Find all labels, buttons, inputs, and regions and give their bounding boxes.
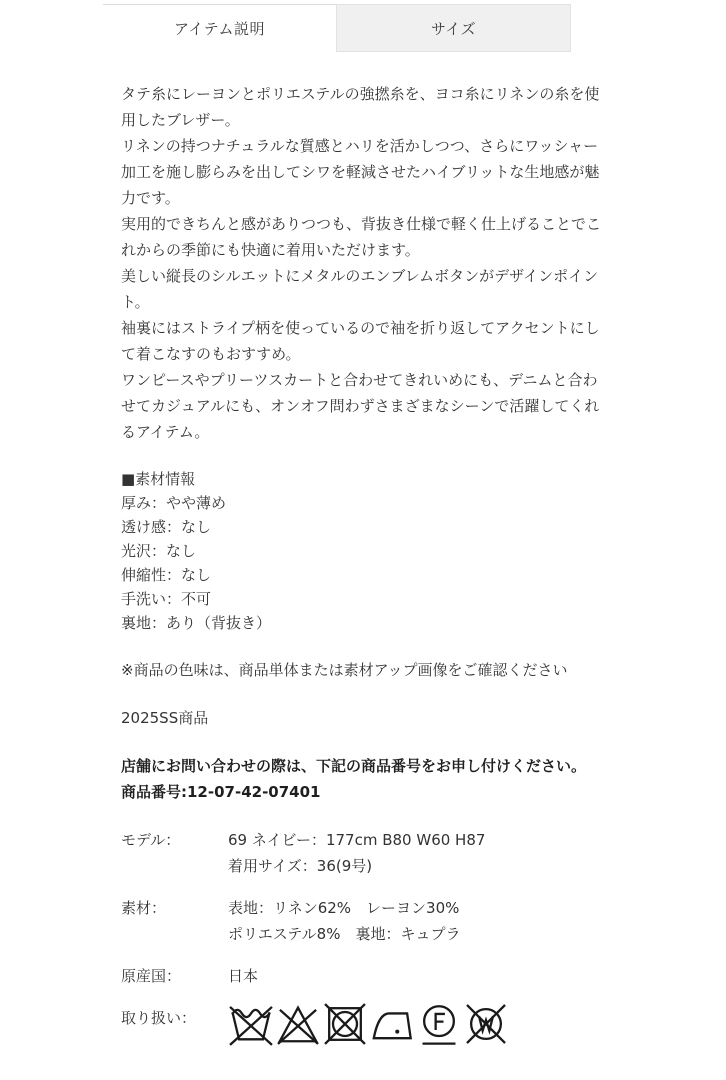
origin-country: 日本 <box>228 963 607 989</box>
material-info-block: ■素材情報 厚み：やや薄め 透け感：なし 光沢：なし 伸縮性：なし 手洗い：不可… <box>121 467 607 635</box>
spec-label-fabric: 素材： <box>121 895 228 921</box>
store-inquiry-block: 店舗にお問い合わせの際は、下記の商品番号をお申し付けください。 商品番号:12-… <box>121 753 607 805</box>
spec-label-model: モデル： <box>121 827 228 853</box>
product-detail-page: アイテム説明 サイズ タテ糸にレーヨンとポリエステルの強撚糸を、ヨコ糸にリネンの… <box>0 4 726 1047</box>
product-number: 商品番号:12-07-42-07401 <box>121 779 607 805</box>
spec-value-origin: 日本 <box>228 963 607 989</box>
care-icon-row <box>228 1001 607 1047</box>
color-disclaimer-note: ※商品の色味は、商品単体または素材アップ画像をご確認ください <box>121 657 607 683</box>
description-paragraph: 美しい縦長のシルエットにメタルのエンブレムボタンがデザインポイント。 <box>121 263 607 315</box>
model-measurements: 69 ネイビー：177cm B80 W60 H87 <box>228 827 607 853</box>
spec-label-origin: 原産国： <box>121 963 228 989</box>
material-info-row: 伸縮性：なし <box>121 563 607 587</box>
spec-row-fabric: 素材： 表地：リネン62% レーヨン30% ポリエステル8% 裏地：キュプラ <box>121 895 607 947</box>
spec-value-model: 69 ネイビー：177cm B80 W60 H87 着用サイズ：36(9号) <box>228 827 607 879</box>
do-not-bleach-icon <box>275 1001 321 1047</box>
spacer <box>121 731 607 753</box>
material-info-row: 透け感：なし <box>121 515 607 539</box>
description-paragraph: タテ糸にレーヨンとポリエステルの強撚糸を、ヨコ糸にリネンの糸を使用したブレザー。 <box>121 81 607 133</box>
tab-item-description[interactable]: アイテム説明 <box>103 4 336 52</box>
store-inquiry-note: 店舗にお問い合わせの際は、下記の商品番号をお申し付けください。 <box>121 753 607 779</box>
model-worn-size: 着用サイズ：36(9号) <box>228 853 607 879</box>
fabric-composition-line: 表地：リネン62% レーヨン30% <box>228 895 607 921</box>
description-paragraph: 袖裏にはストライプ柄を使っているので袖を折り返してアクセントにして着こなすのもお… <box>121 315 607 367</box>
fabric-composition-line: ポリエステル8% 裏地：キュプラ <box>228 921 607 947</box>
item-description-panel: タテ糸にレーヨンとポリエステルの強撚糸を、ヨコ糸にリネンの糸を使用したブレザー。… <box>121 81 607 1047</box>
spec-label-care: 取り扱い： <box>121 1005 228 1031</box>
tab-size[interactable]: サイズ <box>336 4 571 52</box>
spacer <box>121 805 607 827</box>
tab-bar: アイテム説明 サイズ <box>103 4 571 52</box>
spacer <box>121 683 607 705</box>
description-paragraph: ワンピースやプリーツスカートと合わせてきれいめにも、デニムと合わせてカジュアルに… <box>121 367 607 445</box>
season-label: 2025SS商品 <box>121 705 607 731</box>
do-not-tumble-dry-icon <box>322 1001 368 1047</box>
material-info-row: 手洗い：不可 <box>121 587 607 611</box>
spec-row-care: 取り扱い： <box>121 1005 607 1047</box>
spec-row-model: モデル： 69 ネイビー：177cm B80 W60 H87 着用サイズ：36(… <box>121 827 607 879</box>
dry-clean-petroleum-gentle-icon <box>416 1001 462 1047</box>
material-info-row: 厚み：やや薄め <box>121 491 607 515</box>
iron-low-heat-icon <box>369 1001 415 1047</box>
material-info-row: 裏地：あり（背抜き） <box>121 611 607 635</box>
material-info-heading: ■素材情報 <box>121 467 607 491</box>
spec-row-origin: 原産国： 日本 <box>121 963 607 989</box>
material-info-row: 光沢：なし <box>121 539 607 563</box>
spacer <box>121 445 607 467</box>
spacer <box>121 635 607 657</box>
do-not-wet-clean-icon <box>463 1001 509 1047</box>
description-paragraph: リネンの持つナチュラルな質感とハリを活かしつつ、さらにワッシャー加工を施し膨らみ… <box>121 133 607 211</box>
description-text: タテ糸にレーヨンとポリエステルの強撚糸を、ヨコ糸にリネンの糸を使用したブレザー。… <box>121 81 607 445</box>
spec-value-fabric: 表地：リネン62% レーヨン30% ポリエステル8% 裏地：キュプラ <box>228 895 607 947</box>
do-not-wash-icon <box>228 1001 274 1047</box>
description-paragraph: 実用的できちんと感がありつつも、背抜き仕様で軽く仕上げることでこれからの季節にも… <box>121 211 607 263</box>
